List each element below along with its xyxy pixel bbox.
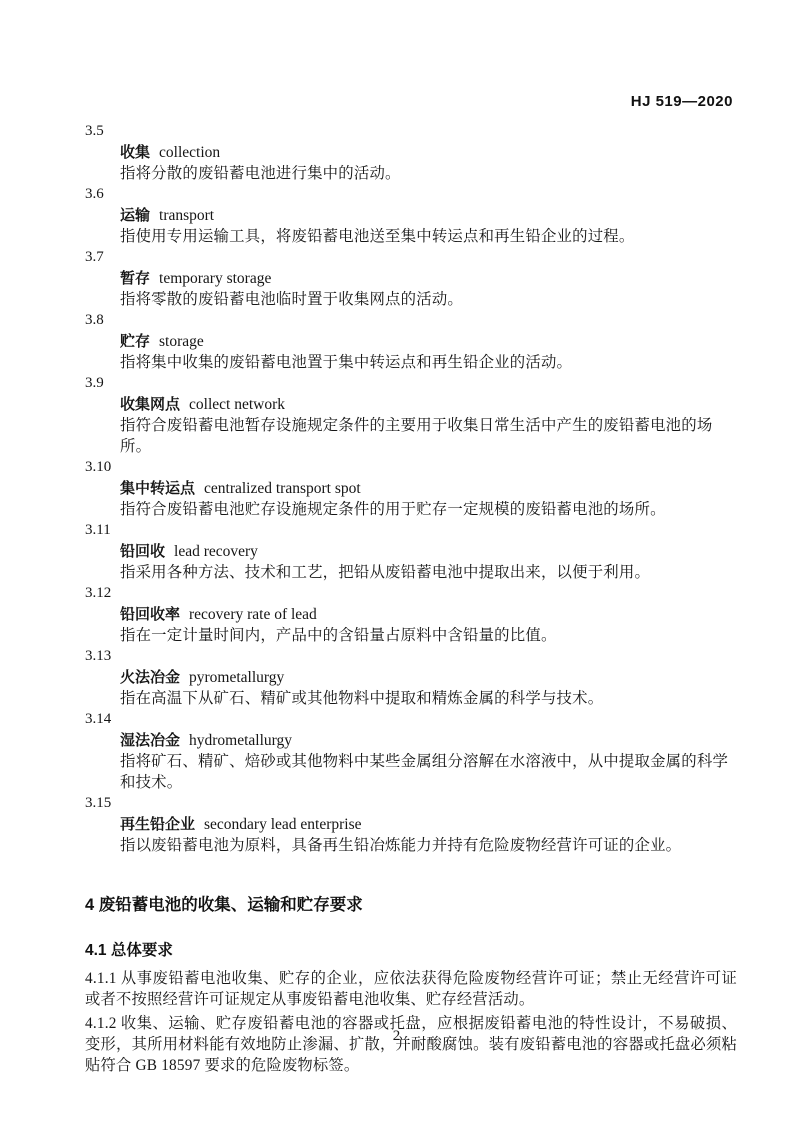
definition-term-zh: 贮存	[120, 333, 150, 350]
definition-term-en: recovery rate of lead	[189, 606, 317, 623]
definition-number: 3.15	[85, 793, 737, 814]
definition-term: 火法冶金pyrometallurgy	[85, 667, 737, 688]
definition-term-zh: 运输	[120, 207, 150, 224]
definition-text: 指在一定计量时间内，产品中的含铅量占原料中含铅量的比值。	[85, 625, 737, 646]
definition-number: 3.7	[85, 247, 737, 268]
definition-text: 指使用专用运输工具，将废铅蓄电池送至集中转运点和再生铅企业的过程。	[85, 226, 737, 247]
definition-block: 3.13 火法冶金pyrometallurgy 指在高温下从矿石、精矿或其他物料…	[85, 646, 737, 709]
definition-term-en: collect network	[189, 396, 285, 413]
section-4-1-heading: 4.1 总体要求	[85, 940, 737, 962]
definition-block: 3.8 贮存storage 指将集中收集的废铅蓄电池置于集中转运点和再生铅企业的…	[85, 310, 737, 373]
definition-term-zh: 火法冶金	[120, 669, 180, 686]
definition-term: 湿法冶金hydrometallurgy	[85, 730, 737, 751]
definition-text: 指符合废铅蓄电池贮存设施规定条件的用于贮存一定规模的废铅蓄电池的场所。	[85, 499, 737, 520]
definition-term: 收集collection	[85, 142, 737, 163]
definition-number: 3.13	[85, 646, 737, 667]
definitions-list: 3.5 收集collection 指将分散的废铅蓄电池进行集中的活动。 3.6 …	[85, 121, 737, 856]
definition-text: 指以废铅蓄电池为原料，具备再生铅冶炼能力并持有危险废物经营许可证的企业。	[85, 835, 737, 856]
definition-term-zh: 铅回收	[120, 543, 165, 560]
paragraph-4-1-1: 4.1.1 从事废铅蓄电池收集、贮存的企业，应依法获得危险废物经营许可证；禁止无…	[85, 968, 737, 1010]
definition-block: 3.15 再生铅企业secondary lead enterprise 指以废铅…	[85, 793, 737, 856]
definition-term-en: pyrometallurgy	[189, 669, 284, 686]
definition-term: 收集网点collect network	[85, 394, 737, 415]
definition-block: 3.11 铅回收lead recovery 指采用各种方法、技术和工艺，把铅从废…	[85, 520, 737, 583]
definition-term: 铅回收lead recovery	[85, 541, 737, 562]
definition-text: 指采用各种方法、技术和工艺，把铅从废铅蓄电池中提取出来，以便于利用。	[85, 562, 737, 583]
definition-block: 3.10 集中转运点centralized transport spot 指符合…	[85, 457, 737, 520]
definition-number: 3.9	[85, 373, 737, 394]
definition-block: 3.5 收集collection 指将分散的废铅蓄电池进行集中的活动。	[85, 121, 737, 184]
definition-number: 3.6	[85, 184, 737, 205]
definition-term-zh: 再生铅企业	[120, 816, 195, 833]
definition-text: 指将矿石、精矿、焙砂或其他物料中某些金属组分溶解在水溶液中，从中提取金属的科学和…	[85, 751, 737, 793]
definition-number: 3.14	[85, 709, 737, 730]
definition-block: 3.9 收集网点collect network 指符合废铅蓄电池暂存设施规定条件…	[85, 373, 737, 457]
definition-term-en: secondary lead enterprise	[204, 816, 362, 833]
definition-term: 暂存temporary storage	[85, 268, 737, 289]
definition-term-en: temporary storage	[159, 270, 271, 287]
definition-block: 3.12 铅回收率recovery rate of lead 指在一定计量时间内…	[85, 583, 737, 646]
definition-block: 3.6 运输transport 指使用专用运输工具，将废铅蓄电池送至集中转运点和…	[85, 184, 737, 247]
definition-term: 铅回收率recovery rate of lead	[85, 604, 737, 625]
definition-number: 3.12	[85, 583, 737, 604]
section-4-heading: 4 废铅蓄电池的收集、运输和贮存要求	[85, 893, 737, 917]
page-number: 2	[0, 1028, 793, 1045]
definition-term-en: collection	[159, 144, 220, 161]
definition-text: 指将分散的废铅蓄电池进行集中的活动。	[85, 163, 737, 184]
definition-term: 再生铅企业secondary lead enterprise	[85, 814, 737, 835]
definition-number: 3.11	[85, 520, 737, 541]
definition-number: 3.10	[85, 457, 737, 478]
definition-term-en: transport	[159, 207, 214, 224]
definition-text: 指将集中收集的废铅蓄电池置于集中转运点和再生铅企业的活动。	[85, 352, 737, 373]
document-code-header: HJ 519—2020	[631, 93, 733, 110]
definition-text: 指符合废铅蓄电池暂存设施规定条件的主要用于收集日常生活中产生的废铅蓄电池的场所。	[85, 415, 737, 457]
definition-term-zh: 铅回收率	[120, 606, 180, 623]
definition-term-en: hydrometallurgy	[189, 732, 292, 749]
definition-term: 贮存storage	[85, 331, 737, 352]
page-content: 3.5 收集collection 指将分散的废铅蓄电池进行集中的活动。 3.6 …	[85, 121, 737, 1076]
definition-text: 指在高温下从矿石、精矿或其他物料中提取和精炼金属的科学与技术。	[85, 688, 737, 709]
definition-term-zh: 收集	[120, 144, 150, 161]
definition-number: 3.8	[85, 310, 737, 331]
definition-term-zh: 暂存	[120, 270, 150, 287]
definition-term-en: lead recovery	[174, 543, 258, 560]
document-page: { "header": { "doc_code": "HJ 519—2020" …	[0, 0, 793, 1122]
definition-text: 指将零散的废铅蓄电池临时置于收集网点的活动。	[85, 289, 737, 310]
definition-term-zh: 收集网点	[120, 396, 180, 413]
definition-block: 3.14 湿法冶金hydrometallurgy 指将矿石、精矿、焙砂或其他物料…	[85, 709, 737, 793]
definition-number: 3.5	[85, 121, 737, 142]
definition-term: 运输transport	[85, 205, 737, 226]
definition-term-en: storage	[159, 333, 204, 350]
definition-term-en: centralized transport spot	[204, 480, 361, 497]
definition-term-zh: 集中转运点	[120, 480, 195, 497]
definition-block: 3.7 暂存temporary storage 指将零散的废铅蓄电池临时置于收集…	[85, 247, 737, 310]
definition-term: 集中转运点centralized transport spot	[85, 478, 737, 499]
definition-term-zh: 湿法冶金	[120, 732, 180, 749]
